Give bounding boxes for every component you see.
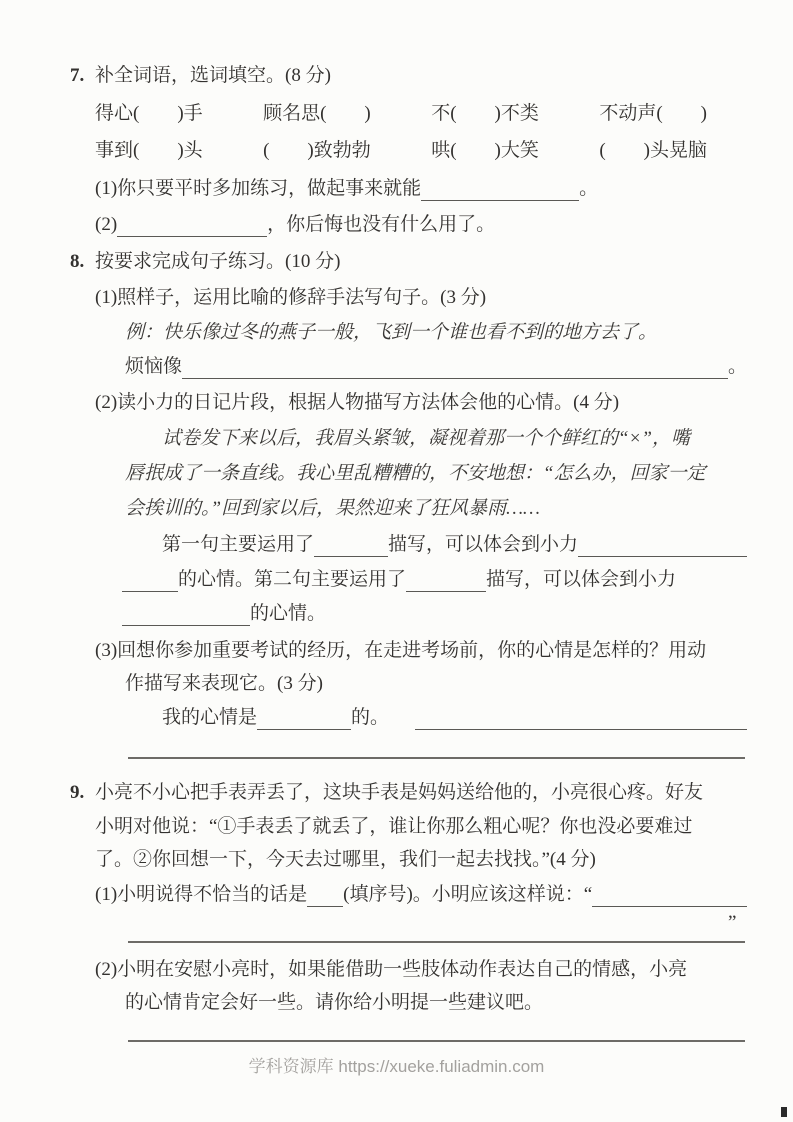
page-corner-mark <box>781 1107 787 1117</box>
question-8-title: 按要求完成句子练习。(10 分) <box>95 250 340 274</box>
q8-analysis-text: 的心情。 <box>250 602 326 626</box>
answer-blank <box>415 708 747 730</box>
q8-mood-line: 我的心情是 的。 <box>162 706 747 730</box>
q8-analysis-text: 描写，可以体会到小力 <box>388 533 578 557</box>
q8-diary-line-2: 唇抿成了一条直线。我心里乱糟糟的，不安地想：“怎么办，回家一定 <box>125 462 706 486</box>
answer-blank <box>421 179 579 201</box>
q8-sub-2: (2)读小力的日记片段，根据人物描写方法体会他的心情。(4 分) <box>95 391 619 415</box>
q7-item-2: (2) ，你后悔也没有什么用了。 <box>95 213 495 237</box>
answer-line <box>128 1040 745 1042</box>
answer-line <box>128 757 745 759</box>
answer-blank <box>406 570 486 592</box>
question-9-number: 9. <box>70 781 84 805</box>
q7-item-1-period: 。 <box>579 177 598 201</box>
q8-sub-3-line-1: (3)回想你参加重要考试的经历，在走进考场前，你的心情是怎样的？用动 <box>95 639 706 663</box>
word-fill-row-1: 得心( )手 顾名思( ) 不( )不类 不动声( ) <box>95 102 707 126</box>
word-item: ( )头晃脑 <box>599 139 707 163</box>
q9-sub-2-line-2: 的心情肯定会好一些。请你给小明提一些建议吧。 <box>125 991 543 1015</box>
q9-sub-1-text: (1)小明说得不恰当的话是 <box>95 883 307 907</box>
q9-sub-1-text: (填序号)。小明应该这样说：“ <box>343 883 592 907</box>
q8-analysis-line-2: 的心情。第二句主要运用了 描写，可以体会到小力 <box>122 568 676 592</box>
q8-mood-text: 我的心情是 <box>162 706 257 730</box>
q8-sub-3-line-2: 作描写来表现它。(3 分) <box>125 672 323 696</box>
q7-item-1: (1)你只要平时多加练习，做起事来就能 。 <box>95 177 598 201</box>
q7-item-2-text: ，你后悔也没有什么用了。 <box>267 213 495 237</box>
q9-intro-line-3: 了。②你回想一下，今天去过哪里，我们一起去找找。”(4 分) <box>95 848 596 872</box>
q8-mood-text: 的。 <box>351 706 389 730</box>
word-item: 得心( )手 <box>95 102 203 126</box>
q9-intro-line-1: 小亮不小心把手表弄丢了，这块手表是妈妈送给他的，小亮很心疼。好友 <box>95 781 703 805</box>
question-7-number: 7. <box>70 64 84 88</box>
q7-item-2-label: (2) <box>95 213 117 237</box>
answer-blank <box>257 708 351 730</box>
q8-simile-period: 。 <box>728 355 747 379</box>
q9-intro-line-2: 小明对他说：“①手表丢了就丢了，谁让你那么粗心呢？你也没必要难过 <box>95 815 692 839</box>
q8-analysis-text: 的心情。第二句主要运用了 <box>178 568 406 592</box>
answer-blank <box>117 215 267 237</box>
answer-blank <box>122 604 250 626</box>
word-item: 哄( )大笑 <box>431 139 539 163</box>
q8-simile-line: 烦恼像 。 <box>125 355 747 379</box>
answer-blank <box>578 535 747 557</box>
answer-blank <box>122 570 178 592</box>
q9-sub-1: (1)小明说得不恰当的话是 (填序号)。小明应该这样说：“ <box>95 883 747 907</box>
word-item: 顾名思( ) <box>263 102 371 126</box>
word-fill-row-2: 事到( )头 ( )致勃勃 哄( )大笑 ( )头晃脑 <box>95 139 707 163</box>
q8-sub-1: (1)照样子，运用比喻的修辞手法写句子。(3 分) <box>95 286 486 310</box>
answer-blank <box>314 535 388 557</box>
question-8-number: 8. <box>70 250 84 274</box>
answer-blank <box>182 357 728 379</box>
test-paper-page: 7. 补全词语，选词填空。(8 分) 得心( )手 顾名思( ) 不( )不类 … <box>0 0 793 1122</box>
question-7-title: 补全词语，选词填空。(8 分) <box>95 64 331 88</box>
watermark-footer: 学科资源库 https://xueke.fuliadmin.com <box>0 1052 793 1077</box>
q8-analysis-line-1: 第一句主要运用了 描写，可以体会到小力 <box>162 533 747 557</box>
q7-item-1-text: (1)你只要平时多加练习，做起事来就能 <box>95 177 421 201</box>
closing-quote: ” <box>728 911 736 935</box>
q8-analysis-text: 描写，可以体会到小力 <box>486 568 676 592</box>
word-item: 事到( )头 <box>95 139 203 163</box>
answer-blank <box>592 885 747 907</box>
answer-line <box>128 941 745 943</box>
word-item: 不( )不类 <box>431 102 539 126</box>
q8-example-sentence: 例：快乐像过冬的燕子一般，飞到一个谁也看不到的地方去了。 <box>125 321 657 345</box>
q8-diary-line-3: 会挨训的。”回到家以后，果然迎来了狂风暴雨…… <box>125 497 540 521</box>
q8-analysis-line-3: 的心情。 <box>122 602 326 626</box>
q8-analysis-text: 第一句主要运用了 <box>162 533 314 557</box>
answer-blank <box>307 885 343 907</box>
q8-simile-text: 烦恼像 <box>125 355 182 379</box>
word-item: 不动声( ) <box>599 102 707 126</box>
q8-diary-line-1: 试卷发下来以后，我眉头紧皱，凝视着那一个个鲜红的“×”，嘴 <box>162 427 690 451</box>
q9-sub-2-line-1: (2)小明在安慰小亮时，如果能借助一些肢体动作表达自己的情感，小亮 <box>95 958 687 982</box>
word-item: ( )致勃勃 <box>263 139 371 163</box>
